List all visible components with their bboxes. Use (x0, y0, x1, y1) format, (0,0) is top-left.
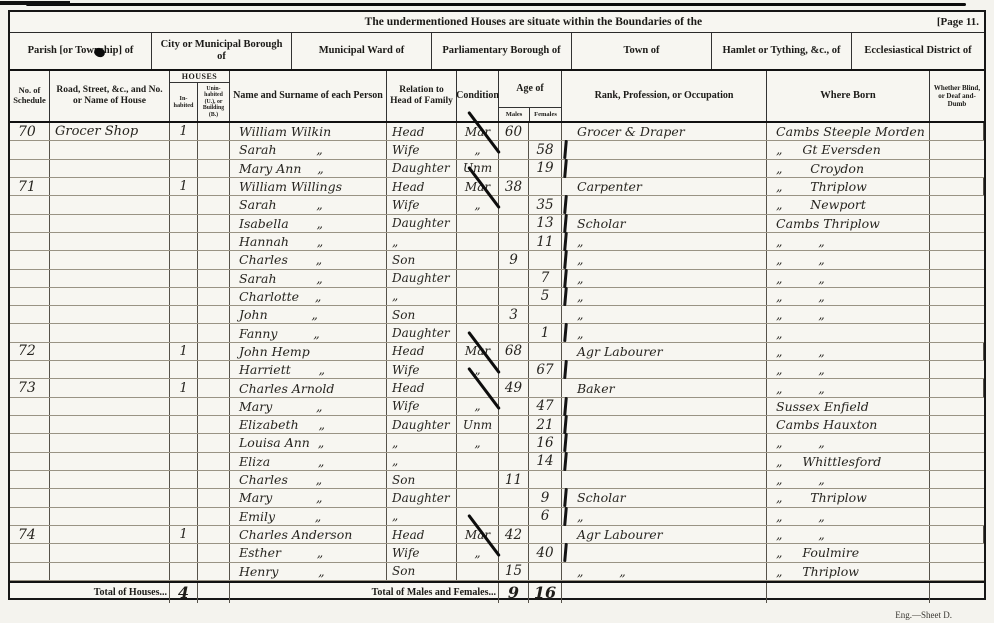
cell-blind (930, 288, 984, 305)
cell-occupation-text: Agr Labourer (562, 344, 663, 359)
cell-relation: Wife (387, 361, 457, 378)
cell-relation-text: Head (387, 344, 424, 358)
cell-condition (457, 508, 499, 525)
cell-age-male (499, 398, 529, 415)
cell-occupation (562, 361, 767, 378)
cell-born: „ „ (767, 270, 930, 287)
cell-name: Harriett „ (230, 361, 387, 378)
cell-uninhabited (198, 508, 230, 525)
cell-occupation-text: „ (562, 289, 583, 304)
cell-born: „ „ (767, 343, 930, 360)
cell-age-female: 16 (529, 434, 562, 451)
cell-uninhabited (198, 233, 230, 250)
total-uninhabited-cell (198, 583, 230, 603)
cell-occupation (562, 160, 767, 177)
cell-born-text: „ „ (767, 289, 825, 304)
table-row: Henry „Son15„ „„ Thriplow (10, 563, 984, 581)
cell-condition-text: Unm (463, 161, 492, 175)
cell-schedule-text: 71 (10, 179, 36, 195)
cell-uninhabited (198, 544, 230, 561)
cell-age-male-text: 11 (505, 472, 522, 488)
cell-relation: Head (387, 526, 457, 543)
cell-age-male (499, 324, 529, 341)
table-row: 711William WillingsHeadMar38Carpenter„ T… (10, 178, 984, 196)
cell-blind (930, 471, 984, 488)
cell-inhabited (170, 563, 198, 580)
cell-age-male-text: 68 (505, 343, 522, 359)
table-row: Fanny „Daughter1„„ (10, 324, 984, 342)
cell-name-text: Esther „ (230, 545, 323, 560)
cell-age-female: 40 (529, 544, 562, 561)
cell-schedule (10, 288, 50, 305)
cell-occupation: Agr Labourer (562, 526, 767, 543)
sheet-footnote: Eng.—Sheet D. (895, 610, 952, 620)
cell-relation: „ (387, 434, 457, 451)
cell-occupation (562, 196, 767, 213)
census-sheet-scan: The undermentioned Houses are situate wi… (0, 0, 994, 623)
col-relation: Relation to Head of Family (387, 71, 457, 121)
cell-age-female: 6 (529, 508, 562, 525)
col-uninhabited: Unin-habited (U.), or Building (B.) (198, 83, 229, 121)
cell-uninhabited (198, 379, 230, 396)
cell-name-text: Sarah „ (230, 197, 323, 212)
cell-condition (457, 324, 499, 341)
cell-age-female-text: 19 (536, 160, 553, 176)
cell-blind (930, 398, 984, 415)
cell-schedule: 71 (10, 178, 50, 195)
cell-occupation (562, 398, 767, 415)
cell-occupation-text: Scholar (562, 490, 626, 505)
cell-born-text: „ „ (767, 271, 825, 286)
cell-name: Hannah „ (230, 233, 387, 250)
cell-inhabited (170, 416, 198, 433)
cell-age-female-text: 5 (541, 288, 550, 304)
cell-name: Henry „ (230, 563, 387, 580)
cell-blind (930, 251, 984, 268)
cell-inhabited (170, 453, 198, 470)
cell-name: Fanny „ (230, 324, 387, 341)
cell-uninhabited (198, 251, 230, 268)
cell-name: Sarah „ (230, 141, 387, 158)
cell-age-male (499, 416, 529, 433)
cell-condition: „ (457, 434, 499, 451)
cell-inhabited: 1 (170, 123, 198, 140)
cell-occupation-text: Agr Labourer (562, 527, 663, 542)
cell-born: „ Croydon (767, 160, 930, 177)
cell-occupation: „ (562, 270, 767, 287)
cell-uninhabited (198, 215, 230, 232)
cell-blind (930, 215, 984, 232)
cell-blind (930, 379, 984, 396)
cell-blind (930, 544, 984, 561)
cell-name: Mary „ (230, 398, 387, 415)
col-inhabited: In-habited (170, 83, 198, 121)
cell-occupation: „ (562, 233, 767, 250)
cell-schedule-text: 72 (10, 343, 36, 359)
cell-relation-text: Wife (387, 546, 420, 560)
cell-name-text: Charles Arnold (230, 381, 334, 396)
cell-born: „ (767, 324, 930, 341)
cell-uninhabited (198, 141, 230, 158)
cell-blind (930, 178, 984, 195)
cell-relation-text: Head (387, 180, 424, 194)
cell-born-text: „ „ (767, 509, 825, 524)
header-town: Town of (572, 33, 712, 69)
cell-inhabited (170, 471, 198, 488)
cell-name: Isabella „ (230, 215, 387, 232)
cell-condition (457, 251, 499, 268)
cell-relation-text: Son (387, 564, 415, 578)
cell-inhabited (170, 544, 198, 561)
cell-occupation-text: „ (562, 252, 583, 267)
cell-born-text: „ Thriplow (767, 564, 859, 579)
cell-age-female-text: 16 (536, 435, 553, 451)
table-row: Sarah „Daughter7„„ „ (10, 270, 984, 288)
cell-age-female: 13 (529, 215, 562, 232)
cell-name: Sarah „ (230, 270, 387, 287)
cell-born-text: „ Foulmire (767, 545, 859, 560)
cell-inhabited-text: 1 (179, 527, 187, 542)
cell-born: „ „ (767, 233, 930, 250)
cell-inhabited: 1 (170, 343, 198, 360)
cell-relation-text: „ (387, 235, 398, 249)
cell-relation: Head (387, 123, 457, 140)
cell-inhabited: 1 (170, 526, 198, 543)
col-houses-group: HOUSES In-habited Unin-habited (U.), or … (170, 71, 230, 121)
cell-age-male (499, 508, 529, 525)
cell-road (50, 471, 170, 488)
cell-age-male (499, 288, 529, 305)
cell-name-text: William Willings (230, 179, 342, 194)
cell-blind (930, 563, 984, 580)
cell-blind (930, 324, 984, 341)
cell-occupation-text: Carpenter (562, 179, 642, 194)
cell-age-female-text: 9 (541, 490, 550, 506)
cell-born-text: „ (767, 326, 782, 341)
cell-blind (930, 434, 984, 451)
cell-age-female: 35 (529, 196, 562, 213)
table-row: 721John HempHeadMar68Agr Labourer„ „ (10, 343, 984, 361)
cell-condition (457, 270, 499, 287)
cell-born-text: „ „ (767, 307, 825, 322)
cell-relation: „ (387, 508, 457, 525)
cell-relation: Son (387, 563, 457, 580)
cell-inhabited (170, 288, 198, 305)
cell-name-text: John Hemp (230, 344, 310, 359)
cell-relation: Head (387, 379, 457, 396)
table-row: John „Son3„„ „ (10, 306, 984, 324)
cell-age-female: 14 (529, 453, 562, 470)
cell-relation-text: Wife (387, 363, 420, 377)
cell-uninhabited (198, 270, 230, 287)
cell-inhabited (170, 361, 198, 378)
cell-road (50, 544, 170, 561)
cell-uninhabited (198, 324, 230, 341)
cell-occupation: Grocer & Draper (562, 123, 767, 140)
table-row: 741Charles AndersonHeadMar42Agr Labourer… (10, 526, 984, 544)
cell-name: John Hemp (230, 343, 387, 360)
cell-name-text: John „ (230, 307, 318, 322)
cell-relation-text: Son (387, 253, 415, 267)
cell-condition: Mar (457, 526, 499, 543)
cell-born-text: „ „ (767, 381, 825, 396)
col-where-born: Where Born (767, 71, 930, 121)
cell-name-text: Eliza „ (230, 454, 324, 469)
cell-road (50, 270, 170, 287)
table-row: Charles „Son11„ „ (10, 471, 984, 489)
cell-schedule-text: 73 (10, 380, 36, 396)
cell-condition: „ (457, 141, 499, 158)
cell-age-male: 49 (499, 379, 529, 396)
cell-relation: Wife (387, 196, 457, 213)
cell-name-text: Sarah „ (230, 142, 323, 157)
cell-schedule (10, 215, 50, 232)
cell-born-text: Cambs Thriplow (767, 216, 880, 231)
cell-born: „ Foulmire (767, 544, 930, 561)
cell-schedule (10, 361, 50, 378)
cell-schedule: 70 (10, 123, 50, 140)
cell-condition-text: „ (474, 546, 480, 560)
cell-blind (930, 453, 984, 470)
cell-age-male: 9 (499, 251, 529, 268)
cell-age-female (529, 471, 562, 488)
col-schedule: No. of Schedule (10, 71, 50, 121)
cell-relation-text: Wife (387, 143, 420, 157)
table-row: Mary Ann „DaughterUnm19„ Croydon (10, 160, 984, 178)
cell-age-female-text: 14 (536, 453, 553, 469)
cell-age-male: 3 (499, 306, 529, 323)
table-row: Mary „Daughter9Scholar„ Thriplow (10, 489, 984, 507)
cell-occupation: „ (562, 288, 767, 305)
cell-occupation: „ (562, 306, 767, 323)
table-row: Mary „Wife„47Sussex Enfield (10, 398, 984, 416)
cell-condition (457, 563, 499, 580)
cell-age-female-text: 7 (541, 270, 550, 286)
cell-name-text: Isabella „ (230, 216, 323, 231)
cell-condition (457, 471, 499, 488)
cell-born-text: „ „ (767, 435, 825, 450)
cell-age-male-text: 49 (505, 380, 522, 396)
cell-age-female-text: 47 (536, 398, 553, 414)
cell-inhabited (170, 489, 198, 506)
cell-born-text: „ Gt Eversden (767, 142, 881, 157)
cell-age-female: 19 (529, 160, 562, 177)
cell-schedule (10, 233, 50, 250)
cell-relation: Son (387, 251, 457, 268)
cell-born: Cambs Hauxton (767, 416, 930, 433)
cell-uninhabited (198, 123, 230, 140)
cell-age-female: 1 (529, 324, 562, 341)
cell-age-male-text: 9 (509, 252, 518, 268)
cell-relation: Daughter (387, 416, 457, 433)
cell-condition: Mar (457, 343, 499, 360)
cell-age-female-text: 21 (536, 417, 553, 433)
cell-born-text: „ Newport (767, 197, 866, 212)
cell-occupation-text: „ „ (562, 564, 626, 579)
cell-schedule (10, 563, 50, 580)
cell-relation: Son (387, 306, 457, 323)
cell-occupation-text: „ (562, 509, 583, 524)
cell-born-text: „ Whittlesford (767, 454, 881, 469)
cell-inhabited (170, 398, 198, 415)
cell-schedule (10, 398, 50, 415)
cell-age-female-text: 67 (536, 362, 553, 378)
cell-name: Charlotte „ (230, 288, 387, 305)
cell-condition (457, 379, 499, 396)
cell-relation: „ (387, 453, 457, 470)
cell-road (50, 196, 170, 213)
cell-occupation (562, 141, 767, 158)
cell-relation-text: „ (387, 454, 398, 468)
table-row: Hannah „„11„„ „ (10, 233, 984, 251)
cell-age-male-text: 42 (505, 527, 522, 543)
cell-age-female: 11 (529, 233, 562, 250)
form-title: The undermentioned Houses are situate wi… (10, 16, 937, 28)
col-age-label: Age of (499, 71, 561, 107)
cell-schedule (10, 160, 50, 177)
cell-age-female-text: 11 (536, 234, 553, 250)
cell-relation: Head (387, 343, 457, 360)
cell-road (50, 251, 170, 268)
cell-occupation: Carpenter (562, 178, 767, 195)
cell-name-text: Charles „ (230, 252, 322, 267)
cell-occupation: Agr Labourer (562, 343, 767, 360)
cell-born-text: Sussex Enfield (767, 399, 869, 414)
cell-relation-text: Daughter (387, 216, 450, 230)
cell-age-male-text: 60 (505, 124, 522, 140)
cell-condition: „ (457, 361, 499, 378)
cell-name: Mary Ann „ (230, 160, 387, 177)
cell-age-male: 11 (499, 471, 529, 488)
cell-relation: Daughter (387, 324, 457, 341)
col-age-females: Females (530, 108, 561, 121)
cell-name: William Willings (230, 178, 387, 195)
cell-blind (930, 306, 984, 323)
cell-condition-text: „ (474, 399, 480, 413)
cell-road (50, 508, 170, 525)
form-title-row: The undermentioned Houses are situate wi… (10, 12, 984, 33)
cell-schedule (10, 306, 50, 323)
cell-occupation: „ „ (562, 563, 767, 580)
cell-relation-text: Son (387, 473, 415, 487)
cell-born-text: Cambs Steeple Morden (767, 124, 925, 139)
cell-name-text: Mary „ (230, 399, 322, 414)
cell-inhabited (170, 508, 198, 525)
cell-relation: Daughter (387, 215, 457, 232)
cell-uninhabited (198, 306, 230, 323)
header-municipal-ward: Municipal Ward of (292, 33, 432, 69)
cell-age-male (499, 215, 529, 232)
cell-schedule-text: 70 (10, 124, 36, 140)
cell-condition (457, 233, 499, 250)
cell-born: „ Gt Eversden (767, 141, 930, 158)
cell-born-text: „ Croydon (767, 161, 864, 176)
cell-schedule (10, 453, 50, 470)
total-males-females-label: Total of Males and Females... (230, 583, 499, 603)
scan-edge-mark (0, 1, 70, 5)
cell-born: „ Whittlesford (767, 453, 930, 470)
total-occupation-cell (562, 583, 767, 603)
cell-uninhabited (198, 453, 230, 470)
cell-age-female (529, 526, 562, 543)
cell-name-text: Henry „ (230, 564, 325, 579)
col-age-males: Males (499, 108, 530, 121)
cell-road (50, 398, 170, 415)
cell-relation-text: Son (387, 308, 415, 322)
cell-relation-text: Wife (387, 198, 420, 212)
cell-occupation: Baker (562, 379, 767, 396)
cell-blind (930, 416, 984, 433)
cell-age-female (529, 251, 562, 268)
header-parliamentary-borough: Parliamentary Borough of (432, 33, 572, 69)
cell-age-female (529, 379, 562, 396)
cell-occupation: „ (562, 508, 767, 525)
cell-age-female: 21 (529, 416, 562, 433)
cell-blind (930, 361, 984, 378)
cell-condition-text: Mar (465, 180, 490, 194)
total-born-cell (767, 583, 930, 603)
cell-schedule (10, 141, 50, 158)
cell-blind (930, 270, 984, 287)
cell-uninhabited (198, 160, 230, 177)
cell-uninhabited (198, 178, 230, 195)
cell-blind (930, 196, 984, 213)
cell-name: John „ (230, 306, 387, 323)
cell-age-female (529, 343, 562, 360)
table-row: Sarah „Wife„35„ Newport (10, 196, 984, 214)
cell-born: „ „ (767, 434, 930, 451)
header-ecclesiastical-district: Ecclesiastical District of (852, 33, 984, 69)
cell-age-male (499, 233, 529, 250)
cell-uninhabited (198, 434, 230, 451)
cell-born-text: „ „ (767, 472, 825, 487)
cell-name-text: Sarah „ (230, 271, 323, 286)
cell-born-text: Cambs Hauxton (767, 417, 877, 432)
cell-name: Esther „ (230, 544, 387, 561)
scan-edge-line (26, 3, 966, 6)
cell-condition (457, 288, 499, 305)
cell-relation-text: Daughter (387, 326, 450, 340)
cell-inhabited (170, 270, 198, 287)
cell-inhabited-text: 1 (179, 381, 187, 396)
cell-inhabited: 1 (170, 379, 198, 396)
table-row: Charles „Son9„„ „ (10, 251, 984, 269)
cell-name-text: Hannah „ (230, 234, 323, 249)
cell-road (50, 526, 170, 543)
cell-occupation: Scholar (562, 489, 767, 506)
cell-condition-text: „ (474, 363, 480, 377)
cell-relation-text: Daughter (387, 161, 450, 175)
cell-relation-text: Head (387, 528, 424, 542)
cell-born: „ „ (767, 471, 930, 488)
cell-age-female-text: 35 (536, 197, 553, 213)
cell-relation-text: Daughter (387, 491, 450, 505)
cell-uninhabited (198, 489, 230, 506)
cell-road (50, 416, 170, 433)
cell-road (50, 453, 170, 470)
table-row: Isabella „Daughter13ScholarCambs Thriplo… (10, 215, 984, 233)
cell-relation: Wife (387, 544, 457, 561)
cell-blind (930, 123, 984, 140)
cell-blind (930, 233, 984, 250)
cell-uninhabited (198, 361, 230, 378)
cell-born-text: „ „ (767, 362, 825, 377)
cell-road (50, 361, 170, 378)
cell-age-female: 7 (529, 270, 562, 287)
cell-born: „ Thriplow (767, 489, 930, 506)
cell-condition: Mar (457, 178, 499, 195)
col-occupation: Rank, Profession, or Occupation (562, 71, 767, 121)
